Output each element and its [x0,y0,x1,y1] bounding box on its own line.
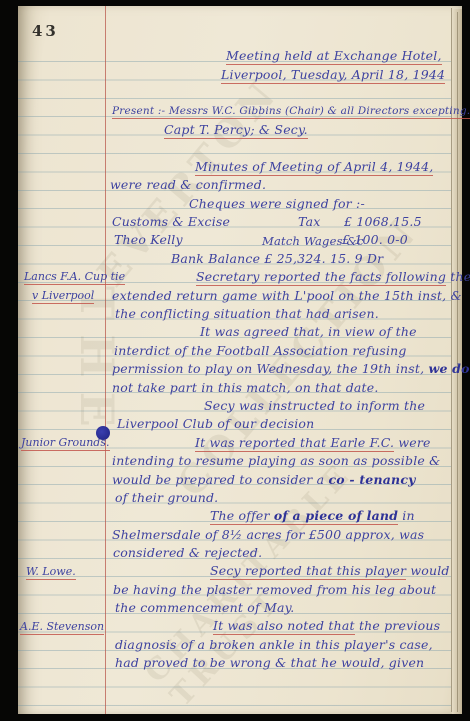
margin-note-cup-tie: Lancs F.A. Cup tie [24,270,125,285]
text: the [446,269,470,284]
lowe-line: the commencement of May. [115,600,294,615]
junior-grounds-line: of their ground. [115,490,218,505]
present-text: Present :- Messrs W.C. Gibbins (Chair) &… [112,105,470,119]
stevenson-line: It was also noted that the previous [213,618,440,633]
margin-note-junior-grounds: Junior Grounds. [21,436,110,451]
emphasized-text: we do [429,361,470,376]
cup-tie-line: Liverpool Club of our decision [117,416,314,431]
cheque-payee: Customs & Excise [112,214,230,229]
cheque-amount: £ 100. 0-0 [342,232,408,247]
heading-text: Liverpool, Tuesday, April 18, 1944 [221,67,445,84]
heading-line-1: Meeting held at Exchange Hotel, [226,48,442,63]
cheques-heading: Cheques were signed for :- [189,196,365,211]
text: the previous [355,618,440,633]
page-number-stamp: 43 [32,22,59,40]
cup-tie-line: interdict of the Football Association re… [114,343,407,358]
underlined-text: It was reported that Earle F.C. [195,435,394,452]
stevenson-line: diagnosis of a broken ankle in this play… [115,637,433,652]
cup-tie-line: extended return game with L'pool on the … [112,288,462,303]
cup-tie-line: Secy was instructed to inform the [204,398,425,413]
cheque-payee: Theo Kelly [114,232,183,247]
heading-text: Meeting held at Exchange Hotel, [226,48,442,65]
land-offer-line: Shelmersdale of 8½ acres for £500 approx… [112,527,424,542]
scanned-minute-book-page: THE EVERTON COLLECTION CHARITABLE TRUST … [0,0,470,721]
minutes-line-2: were read & confirmed. [110,177,266,192]
land-offer-line: The offer of a piece of land in [210,508,415,523]
margin-note-lowe: W. Lowe. [26,565,76,580]
present-text: Capt T. Percy; & Secy. [164,122,308,139]
stevenson-line: had proved to be wrong & that he would, … [115,655,424,670]
underlined-text: Secy reported that this player [210,563,406,580]
underlined-text: Secretary reported the facts following [196,269,446,286]
lowe-line: be having the plaster removed from his l… [113,582,436,597]
handwriting-layer: 43 Meeting held at Exchange Hotel, Liver… [0,0,470,721]
land-offer-line: considered & rejected. [113,545,262,560]
emphasized-underlined-text: of a piece of land [274,508,398,525]
text: would be prepared to consider a [112,472,328,487]
junior-grounds-line: would be prepared to consider a co - ten… [112,472,416,487]
margin-note-stevenson: A.E. Stevenson [20,620,104,635]
underlined-text: The offer [210,508,274,525]
cup-tie-line: Secretary reported the facts following t… [196,269,470,284]
cup-tie-line: not take part in this match, on that dat… [112,380,379,395]
minutes-text: Minutes of Meeting of April 4, 1944, [195,159,433,176]
text: in [398,508,415,523]
cheque-row: Theo Kelly Match Wages &c £ 100. 0-0 [0,232,470,250]
cup-tie-line: permission to play on Wednesday, the 19t… [112,361,470,376]
cup-tie-line: It was agreed that, in view of the [200,324,417,339]
present-line-1: Present :- Messrs W.C. Gibbins (Chair) &… [112,105,470,117]
lowe-line: Secy reported that this player would [210,563,450,578]
ink-blot [96,426,110,440]
text: permission to play on Wednesday, the 19t… [112,361,429,376]
bank-balance-line: Bank Balance £ 25,324. 15. 9 Dr [171,251,383,266]
cheque-row: Customs & Excise Tax £ 1068.15.5 [0,214,470,232]
text: would [406,563,449,578]
junior-grounds-line: intending to resume playing as soon as p… [112,453,441,468]
underlined-text: It was also noted that [213,618,355,635]
margin-note-cup-tie: v Liverpool [32,289,94,304]
cup-tie-line: the conflicting situation that had arise… [115,306,379,321]
text: were [394,435,430,450]
heading-line-2: Liverpool, Tuesday, April 18, 1944 [221,67,445,82]
cheque-amount: £ 1068.15.5 [344,214,422,229]
junior-grounds-line: It was reported that Earle F.C. were [195,435,431,450]
present-line-2: Capt T. Percy; & Secy. [164,122,308,137]
emphasized-text: co - tenancy [328,472,415,487]
cheque-purpose: Tax [298,214,320,229]
minutes-line-1: Minutes of Meeting of April 4, 1944, [195,159,433,174]
